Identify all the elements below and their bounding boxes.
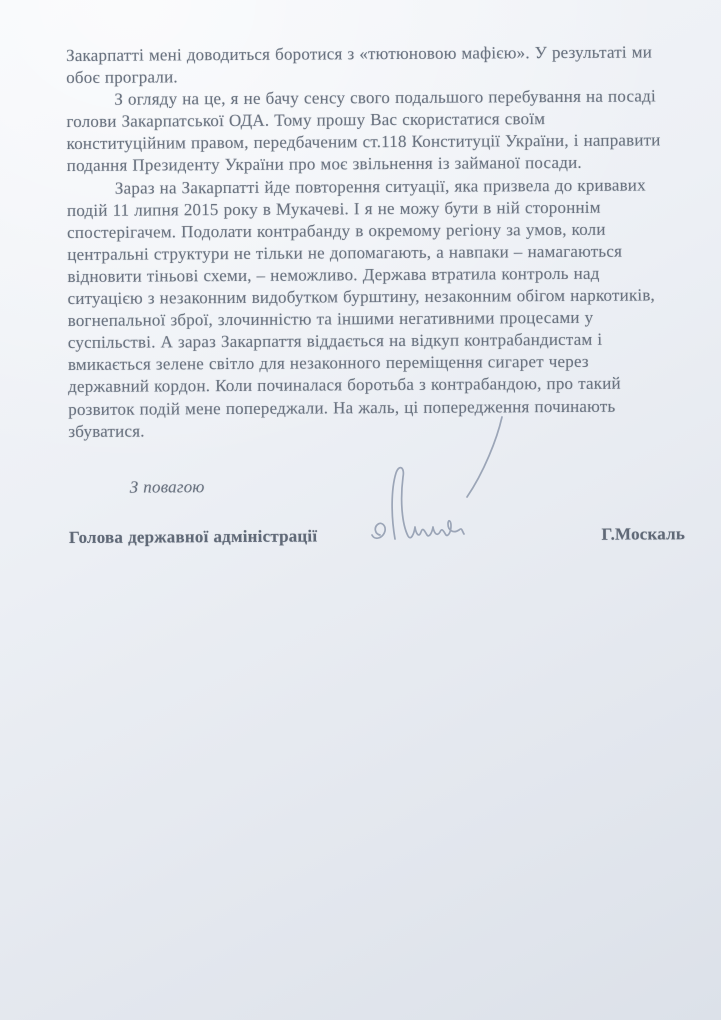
letter-line-3: З огляду на це, я не бачу сенсу свого по… xyxy=(66,85,696,111)
letter-line-16: державний кордон. Коли починалася бороть… xyxy=(68,373,698,399)
signature-stroke-main xyxy=(392,468,464,539)
letter-line-7: Зараз на Закарпатті йде повторення ситуа… xyxy=(67,174,697,200)
letter-line-1: Закарпатті мені доводиться боротися з «т… xyxy=(66,41,696,67)
document-photo: Закарпатті мені доводиться боротися з «т… xyxy=(0,0,721,1020)
signature-stroke-slash xyxy=(467,417,502,497)
signature-ink xyxy=(350,404,520,554)
letter-line-5: конституційним правом, передбаченим ст.1… xyxy=(67,130,697,156)
signoff-title: Голова державної адміністрації xyxy=(69,525,317,549)
signoff-name: Г.Москаль xyxy=(601,523,685,546)
signature-stroke-flourish xyxy=(372,523,385,538)
letter-line-10: центральні структури не тільки не допома… xyxy=(67,240,697,266)
letter-line-12: ситуацією з незаконним видобутком буршти… xyxy=(67,284,697,310)
